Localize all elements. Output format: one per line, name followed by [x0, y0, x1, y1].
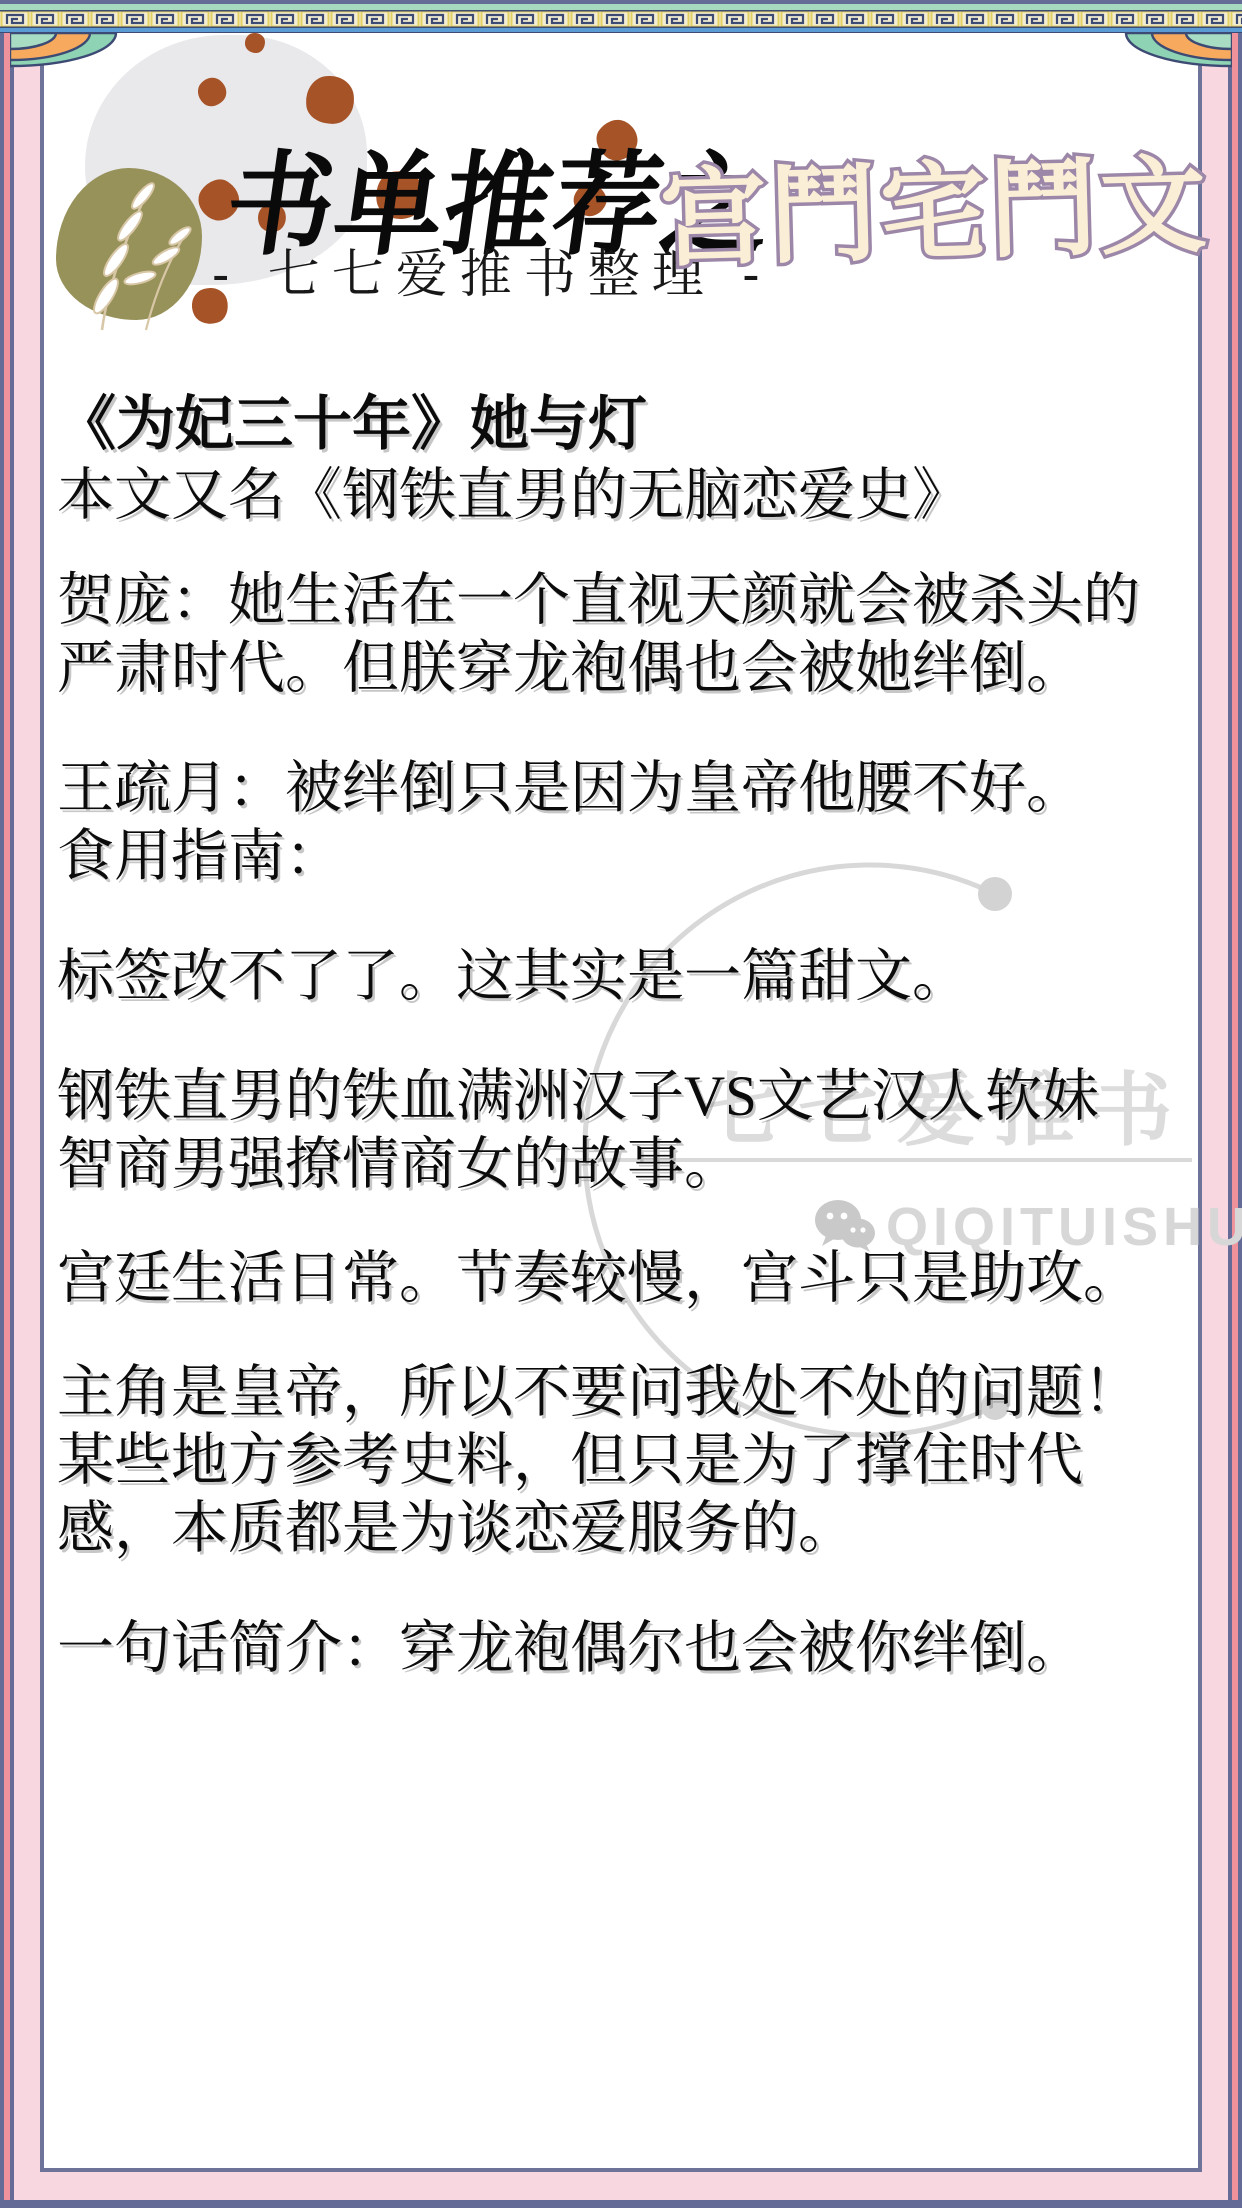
eave-corner-right-icon [1120, 33, 1232, 69]
body-paragraph: 宫廷生活日常。节奏较慢，宫斗只是助攻。 [57, 1245, 1197, 1313]
meander-pattern [0, 10, 1242, 28]
eave-corner-left-icon [10, 33, 122, 69]
paint-dot [245, 33, 265, 53]
body-paragraph: 本文又名《钢铁直男的无脑恋爱史》 [57, 462, 1197, 530]
plant-branch-icon [50, 138, 215, 333]
body-paragraph: 王疏月：被绊倒只是因为皇帝他腰不好。 食用指南： [57, 755, 1197, 891]
body-paragraph: 钢铁直男的铁血满洲汉子VS文艺汉人软妹 智商男强撩情商女的故事。 [57, 1063, 1197, 1199]
genre-badge: 宫鬥宅鬥文 [658, 121, 1197, 287]
body-paragraph: 《为妃三十年》她与灯 [57, 390, 1197, 458]
body-paragraph: 标签改不了了。这其实是一篇甜文。 [57, 943, 1197, 1011]
top-decorative-band [0, 0, 1242, 33]
body-paragraph: 一句话简介：穿龙袍偶尔也会被你绊倒。 [57, 1615, 1197, 1683]
book-rec-poster: 七七爱推书 QIQITUISHU 书单推荐之 - 七七爱推书整理 - 宫鬥宅鬥文… [0, 0, 1242, 2208]
band-blue-strip [0, 28, 1242, 33]
body-paragraph: 主角是皇帝，所以不要问我处不处的问题！ 某些地方参考史料，但只是为了撑住时代 感… [57, 1359, 1197, 1563]
body-paragraph: 贺庞：她生活在一个直视天颜就会被杀头的 严肃时代。但朕穿龙袍偶也会被她绊倒。 [57, 567, 1197, 703]
